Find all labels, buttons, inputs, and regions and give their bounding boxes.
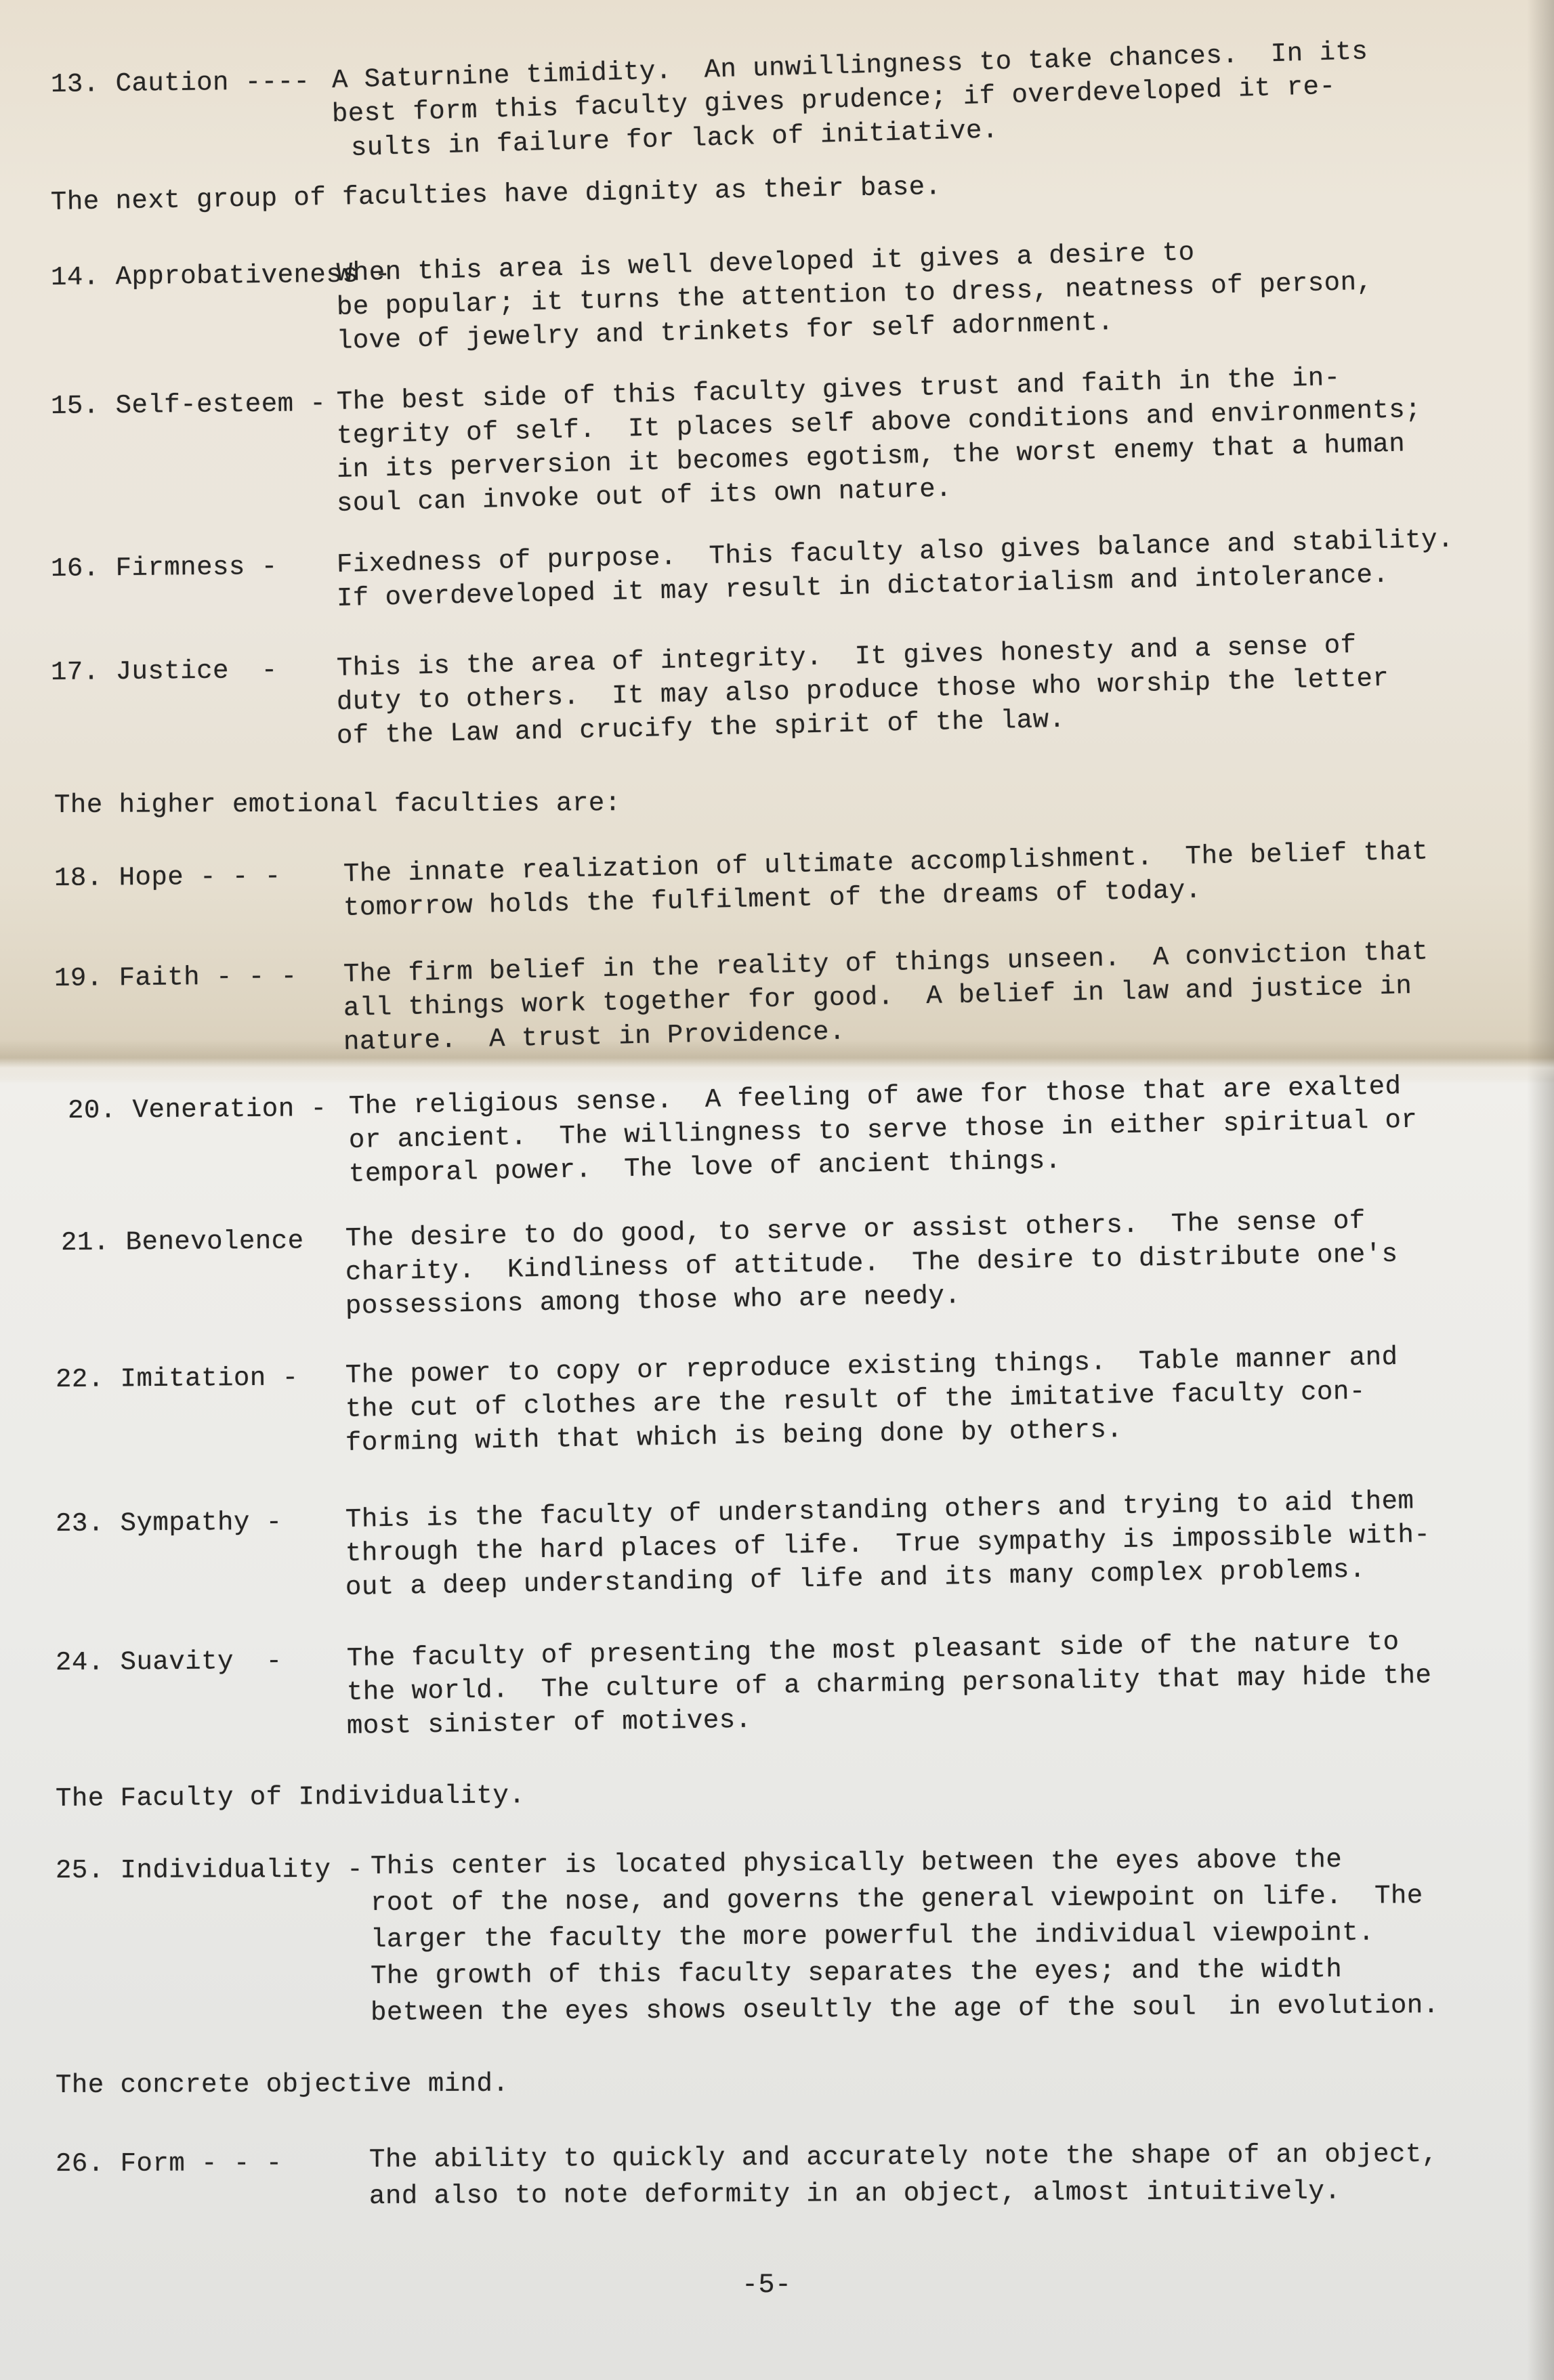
faculty-description-line: The growth of this faculty separates the…: [371, 1957, 1342, 1990]
faculty-description-line: forming with that which is being done by…: [345, 1417, 1123, 1457]
faculty-label: 21. Benevolence: [61, 1228, 304, 1256]
faculty-label: 13. Caution ----: [51, 69, 310, 98]
faculty-description-line: The innate realization of ultimate accom…: [343, 838, 1429, 888]
faculty-label: 24. Suavity -: [56, 1649, 282, 1676]
faculty-description-line: and also to note deformity in an object,…: [369, 2178, 1341, 2210]
faculty-label: 23. Sympathy -: [56, 1510, 282, 1537]
faculty-label: 18. Hope - - -: [54, 864, 281, 892]
faculty-description-line: between the eyes shows oseultly the age …: [371, 1993, 1440, 2026]
faculty-description-line: The ability to quickly and accurately no…: [369, 2142, 1438, 2173]
faculty-label: 22. Imitation -: [56, 1365, 299, 1393]
page-number: -5-: [742, 2272, 792, 2299]
faculty-label: 16. Firmness -: [51, 554, 278, 582]
faculty-label: 17. Justice -: [51, 658, 278, 686]
faculty-description-line: temporal power. The love of ancient thin…: [349, 1148, 1062, 1188]
section-heading: The concrete objective mind.: [56, 2071, 509, 2099]
page-edge-shadow: [1527, 0, 1554, 2380]
faculty-description-line: most sinister of motives.: [347, 1707, 752, 1740]
faculty-label: 15. Self-esteem -: [51, 391, 327, 420]
section-heading: The higher emotional faculties are:: [54, 790, 621, 819]
faculty-label: 25. Individuality -: [56, 1857, 363, 1884]
faculty-label: 26. Form - - -: [56, 2150, 282, 2177]
section-heading: The next group of faculties have dignity…: [51, 174, 942, 216]
faculty-description-line: larger the faculty the more powerful the…: [371, 1920, 1374, 1953]
faculty-label: 20. Veneration -: [68, 1096, 327, 1124]
faculty-description-line: root of the nose, and governs the genera…: [371, 1883, 1423, 1917]
faculty-description-line: This center is located physically betwee…: [371, 1847, 1342, 1880]
faculty-label: 19. Faith - - -: [54, 964, 297, 992]
faculty-description-line: possessions among those who are needy.: [345, 1283, 961, 1320]
section-heading: The Faculty of Individuality.: [56, 1783, 525, 1812]
